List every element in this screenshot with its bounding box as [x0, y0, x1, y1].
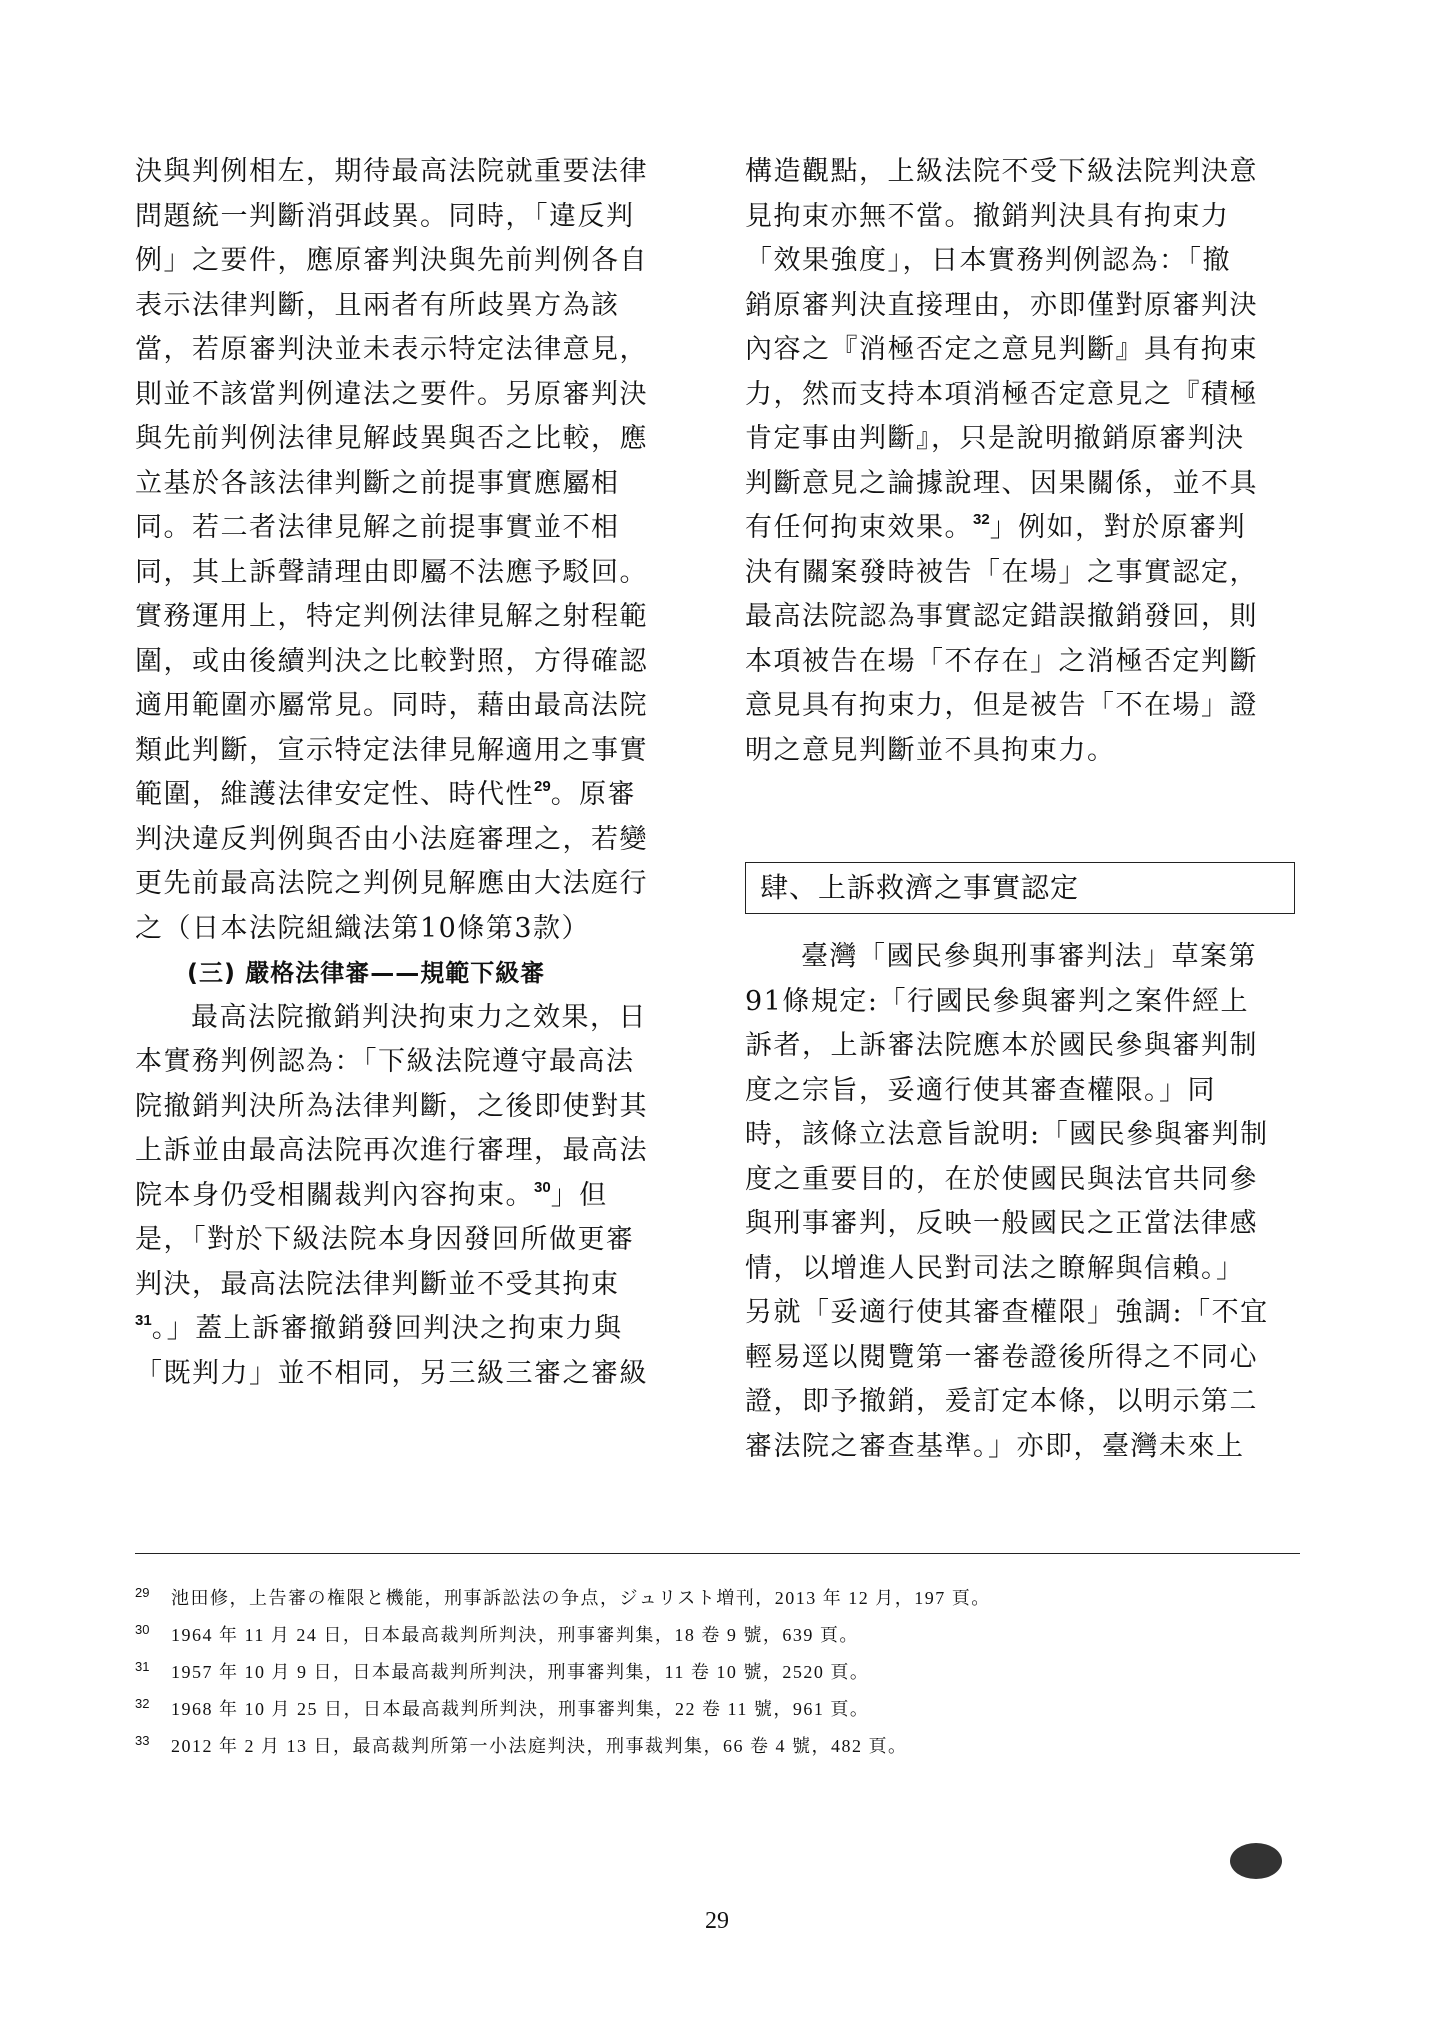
footnote-text: 1957 年 10 月 9 日，日本最高裁判所判決，刑事審判集，11 卷 10 …	[171, 1662, 869, 1682]
body-line: 是，「對於下級法院本身因發回所做更審	[135, 1218, 687, 1263]
body-line: 上訴並由最高法院再次進行審理，最高法	[135, 1129, 687, 1174]
body-line: 有任何拘束效果。32」例如，對於原審判	[745, 506, 1300, 551]
body-line: 問題統一判斷消弭歧異。同時，「違反判	[135, 195, 687, 240]
subsection-heading: (三) 嚴格法律審——規範下級審	[135, 951, 687, 996]
footnote-ref-32[interactable]: 32	[973, 511, 990, 528]
body-line: 情，以增進人民對司法之瞭解與信賴。」	[745, 1247, 1300, 1292]
body-line: 31。」蓋上訴審撤銷發回判決之拘束力與	[135, 1307, 687, 1352]
body-line: 與刑事審判，反映一般國民之正當法律感	[745, 1202, 1300, 1247]
body-line: 之（日本法院組織法第10條第3款）	[135, 907, 687, 952]
body-line: 審法院之審查基準。」亦即，臺灣未來上	[745, 1425, 1300, 1470]
footnote-number: 30	[135, 1614, 171, 1646]
footnote-ref-29[interactable]: 29	[534, 778, 551, 795]
body-line: 更先前最高法院之判例見解應由大法庭行	[135, 862, 687, 907]
footnotes: 29池田修，上告審の権限と機能，刑事訴訟法の争点，ジュリスト増刊，2013 年 …	[135, 1577, 1300, 1762]
body-line: 構造觀點，上級法院不受下級法院判決意	[745, 150, 1300, 195]
body-line: 範圍，維護法律安定性、時代性29。原審	[135, 773, 687, 818]
text: 院本身仍受相關裁判內容拘束。	[135, 1180, 534, 1211]
body-line: 意見具有拘束力，但是被告「不在場」證	[745, 684, 1300, 729]
footnote-32: 321968 年 10 月 25 日，日本最高裁判所判決，刑事審判集，22 卷 …	[135, 1688, 1300, 1725]
page-number: 29	[0, 1908, 1434, 1935]
body-line: 銷原審判決直接理由，亦即僅對原審判決	[745, 284, 1300, 329]
body-line: 訴者，上訴審法院應本於國民參與審判制	[745, 1024, 1300, 1069]
body-line: 輕易逕以閱覽第一審卷證後所得之不同心	[745, 1336, 1300, 1381]
body-line: 同，其上訴聲請理由即屬不法應予駁回。	[135, 551, 687, 596]
body-line: 內容之『消極否定之意見判斷』具有拘束	[745, 328, 1300, 373]
body-line: 91條規定:「行國民參與審判之案件經上	[745, 980, 1300, 1025]
footnote-ref-30[interactable]: 30	[534, 1179, 551, 1196]
footnote-29: 29池田修，上告審の権限と機能，刑事訴訟法の争点，ジュリスト増刊，2013 年 …	[135, 1577, 1300, 1614]
body-line: 類此判斷，宣示特定法律見解適用之事實	[135, 729, 687, 774]
body-line: 同。若二者法律見解之前提事實並不相	[135, 506, 687, 551]
body-line: 決與判例相左，期待最高法院就重要法律	[135, 150, 687, 195]
body-line: 立基於各該法律判斷之前提事實應屬相	[135, 462, 687, 507]
footnote-number: 29	[135, 1577, 171, 1609]
body-line: 最高法院撤銷判決拘束力之效果，日	[135, 996, 687, 1041]
footnote-text: 1964 年 11 月 24 日，日本最高裁判所判決，刑事審判集，18 卷 9 …	[171, 1625, 859, 1645]
body-line: 證，即予撤銷，爰訂定本條，以明示第二	[745, 1380, 1300, 1425]
body-line: 肯定事由判斷』，只是說明撤銷原審判決	[745, 417, 1300, 462]
body-line: 例」之要件，應原審判決與先前判例各自	[135, 239, 687, 284]
footnote-text: 池田修，上告審の権限と機能，刑事訴訟法の争点，ジュリスト増刊，2013 年 12…	[171, 1588, 991, 1608]
footnote-divider	[135, 1553, 1300, 1554]
text: 。原審	[551, 779, 637, 810]
left-column: 決與判例相左，期待最高法院就重要法律 問題統一判斷消弭歧異。同時，「違反判 例」…	[135, 150, 687, 1396]
body-line: 圍，或由後續判決之比較對照，方得確認	[135, 640, 687, 685]
body-line: 當，若原審判決並未表示特定法律意見，	[135, 328, 687, 373]
body-line: 則並不該當判例違法之要件。另原審判決	[135, 373, 687, 418]
footnote-31: 311957 年 10 月 9 日，日本最高裁判所判決，刑事審判集，11 卷 1…	[135, 1651, 1300, 1688]
body-line: 判決違反判例與否由小法庭審理之，若變	[135, 818, 687, 863]
right-column-bottom: 臺灣「國民參與刑事審判法」草案第 91條規定:「行國民參與審判之案件經上 訴者，…	[745, 935, 1300, 1469]
footnote-number: 32	[135, 1688, 171, 1720]
body-line: 與先前判例法律見解歧異與否之比較，應	[135, 417, 687, 462]
body-line: 最高法院認為事實認定錯誤撤銷發回，則	[745, 595, 1300, 640]
page-tab-marker-icon	[1230, 1843, 1282, 1879]
footnote-33: 332012 年 2 月 13 日，最高裁判所第一小法庭判決，刑事裁判集，66 …	[135, 1725, 1300, 1762]
body-line: 臺灣「國民參與刑事審判法」草案第	[745, 935, 1300, 980]
body-line: 院本身仍受相關裁判內容拘束。30」但	[135, 1174, 687, 1219]
text: 」例如，對於原審判	[990, 512, 1247, 543]
text: 。」蓋上訴審撤銷發回判決之拘束力與	[152, 1313, 623, 1344]
body-line: 決有關案發時被告「在場」之事實認定，	[745, 551, 1300, 596]
body-line: 時，該條立法意旨說明:「國民參與審判制	[745, 1113, 1300, 1158]
body-line: 力，然而支持本項消極否定意見之『積極	[745, 373, 1300, 418]
body-line: 見拘束亦無不當。撤銷判決具有拘束力	[745, 195, 1300, 240]
section-heading: 肆、上訴救濟之事實認定	[745, 862, 1295, 914]
text: 」但	[551, 1180, 608, 1211]
body-line: 院撤銷判決所為法律判斷，之後即使對其	[135, 1085, 687, 1130]
body-line: 實務運用上，特定判例法律見解之射程範	[135, 595, 687, 640]
footnote-number: 33	[135, 1725, 171, 1757]
body-line: 本項被告在場「不存在」之消極否定判斷	[745, 640, 1300, 685]
body-line: 「效果強度」，日本實務判例認為：「撤	[745, 239, 1300, 284]
body-line: 本實務判例認為：「下級法院遵守最高法	[135, 1040, 687, 1085]
right-column-top: 構造觀點，上級法院不受下級法院判決意 見拘束亦無不當。撤銷判決具有拘束力 「效果…	[745, 150, 1300, 773]
text: 範圍，維護法律安定性、時代性	[135, 779, 534, 810]
body-line: 判斷意見之論據說理、因果關係，並不具	[745, 462, 1300, 507]
body-line: 明之意見判斷並不具拘束力。	[745, 729, 1300, 774]
footnote-ref-31[interactable]: 31	[135, 1312, 152, 1329]
footnote-text: 2012 年 2 月 13 日，最高裁判所第一小法庭判決，刑事裁判集，66 卷 …	[171, 1736, 908, 1756]
footnote-number: 31	[135, 1651, 171, 1683]
body-line: 「既判力」並不相同，另三級三審之審級	[135, 1352, 687, 1397]
body-line: 表示法律判斷，且兩者有所歧異方為該	[135, 284, 687, 329]
body-line: 另就「妥適行使其審查權限」強調:「不宜	[745, 1291, 1300, 1336]
footnote-30: 301964 年 11 月 24 日，日本最高裁判所判決，刑事審判集，18 卷 …	[135, 1614, 1300, 1651]
footnote-text: 1968 年 10 月 25 日，日本最高裁判所判決，刑事審判集，22 卷 11…	[171, 1699, 869, 1719]
text: 有任何拘束效果。	[745, 512, 973, 543]
body-line: 判決，最高法院法律判斷並不受其拘束	[135, 1263, 687, 1308]
body-line: 適用範圍亦屬常見。同時，藉由最高法院	[135, 684, 687, 729]
body-line: 度之宗旨，妥適行使其審查權限。」同	[745, 1069, 1300, 1114]
body-line: 度之重要目的，在於使國民與法官共同參	[745, 1158, 1300, 1203]
